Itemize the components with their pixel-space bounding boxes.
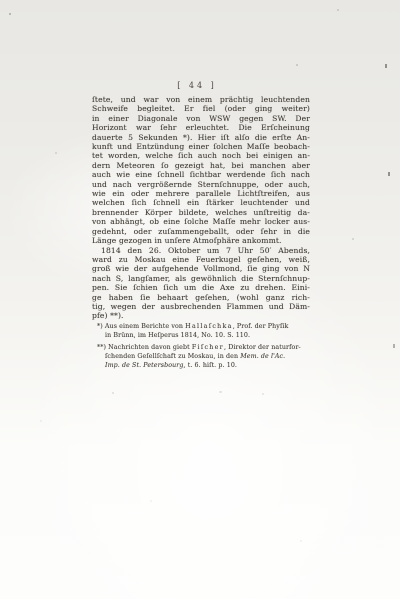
text-line: ward zu Moskau eine Feuerkugel geſehen, …	[92, 255, 310, 264]
footnote-2-text-2: ſchenden Geſellſchaft zu Moskau, in den	[105, 353, 240, 360]
text-line: Horizont war ſehr erleuchtet. Die Erſche…	[92, 123, 310, 132]
ink-speck	[219, 391, 222, 393]
text-line: und nach vergrößernde Sternſchnuppe, ode…	[92, 180, 310, 189]
text-line: 1814 den 26. Oktober um 7 Uhr 50′ Abends…	[92, 246, 310, 255]
text-line: tig, wegen der ausbrechenden Flammen und…	[92, 302, 310, 311]
text-line: Länge gezogen in unſere Atmoſphäre ankom…	[92, 236, 310, 245]
body-text: ſtete, und war von einem prächtig leucht…	[92, 95, 310, 321]
footnotes: *) Aus einem Berichte von Hallaſchka, Pr…	[97, 322, 310, 370]
ink-speck	[262, 393, 264, 395]
footnote-2-line-1: **) Nachrichten davon giebt Fiſcher, Dir…	[97, 343, 310, 352]
ink-speck	[9, 13, 11, 15]
margin-mark	[393, 344, 395, 348]
paragraph-2: 1814 den 26. Oktober um 7 Uhr 50′ Abends…	[92, 246, 310, 321]
text-line: dern Meteoren ſo gezeigt hat, bei manche…	[92, 161, 310, 170]
ink-speck	[150, 500, 152, 502]
footnote-1: *) Aus einem Berichte von Hallaſchka, Pr…	[97, 322, 310, 340]
ink-speck	[296, 64, 298, 66]
text-line: auch wie eine ſchnell ſichtbar werdende …	[92, 170, 310, 179]
footnote-2-journal: Mem. de l'Ac.	[240, 353, 285, 360]
text-line: brennender Körper bildete, welches unſtr…	[92, 208, 310, 217]
text-line: ſtete, und war von einem prächtig leucht…	[92, 95, 310, 104]
footnote-2: **) Nachrichten davon giebt Fiſcher, Dir…	[97, 343, 310, 370]
margin-mark	[388, 172, 390, 176]
text-line: welchen ſich ſchnell ein ſtärker leuchte…	[92, 198, 310, 207]
footnote-2-text-3: t. 6. hiſt. p. 10.	[186, 362, 237, 369]
margin-mark	[385, 64, 387, 68]
ink-speck	[112, 392, 114, 394]
text-line: wie ein oder mehrere parallele Lichtſtre…	[92, 189, 310, 198]
footnote-2-line-2: ſchenden Geſellſchaft zu Moskau, in den …	[97, 352, 310, 361]
text-line: Schweife begleitet. Er fiel (oder ging w…	[92, 104, 310, 113]
text-line: dauerte 5 Sekunden *). Hier iſt alſo die…	[92, 133, 310, 142]
ink-speck	[352, 238, 354, 240]
paragraph-1: ſtete, und war von einem prächtig leucht…	[92, 95, 310, 246]
text-line: tet worden, welche ſich auch noch bei ei…	[92, 151, 310, 160]
footnote-1-author: Hallaſchka	[185, 323, 233, 330]
footnote-1-text-post: , Prof. der Phyſik	[233, 323, 289, 330]
text-line: nach S, langſamer, als gewöhnlich die St…	[92, 274, 310, 283]
text-line: von abhängt, ob eine ſolche Maſſe mehr l…	[92, 217, 310, 226]
text-line: groß wie der aufgehende Vollmond, ſie gi…	[92, 264, 310, 273]
footnote-1-line-1: *) Aus einem Berichte von Hallaſchka, Pr…	[97, 322, 310, 331]
text-line: kunft und Entzündung einer ſolchen Maſſe…	[92, 142, 310, 151]
ink-speck	[40, 420, 42, 422]
text-line: gedehnt, oder zuſammengeballt, oder ſehr…	[92, 227, 310, 236]
book-page: [ 44 ] ſtete, und war von einem prächtig…	[0, 0, 400, 599]
ink-speck	[55, 152, 57, 154]
footnote-2-text-post: , Direktor der naturfor-	[224, 344, 301, 351]
text-line: in einer Diagonale von WSW gegen SW. Der	[92, 114, 310, 123]
text-line: ge haben ſie behaart geſehen, (wohl ganz…	[92, 293, 310, 302]
text-line: pen. Sie ſchien ſich um die Axe zu drehe…	[92, 283, 310, 292]
footnote-2-author: Fiſcher	[192, 344, 224, 351]
footnote-2-journal-cont: Imp. de St. Petersbourg,	[105, 362, 186, 369]
page-number: [ 44 ]	[92, 81, 302, 90]
footnote-2-line-3: Imp. de St. Petersbourg, t. 6. hiſt. p. …	[97, 361, 310, 370]
footnote-2-text: **) Nachrichten davon giebt	[97, 344, 192, 351]
footnote-1-line-2: in Brünn, im Heſperus 1814, No. 10. S. 1…	[97, 331, 310, 340]
ink-speck	[337, 9, 339, 11]
ink-speck	[300, 540, 302, 542]
text-line: pfe) **).	[92, 311, 310, 320]
footnote-1-text: *) Aus einem Berichte von	[97, 323, 185, 330]
